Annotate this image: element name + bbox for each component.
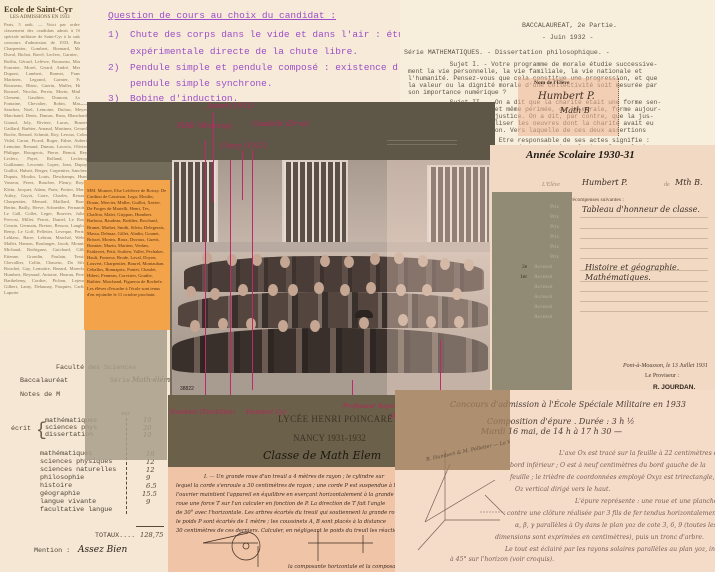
question-item-number: 1) [108,29,119,40]
face [202,252,212,264]
oral-subject: langue vivante [40,498,96,506]
physics-problem-sheet: I. — Un grande roue d'un treuil a 4 mètr… [168,467,400,572]
annotation-top: PIRE (Melecuy) [177,122,233,130]
oral-grade: 6.5 [146,482,157,490]
accessit-label: Accessit [534,314,553,320]
concours-line: α, β, γ parallèles à Oy dans le plan yoz… [515,522,715,529]
bac-series: Série MATHEMATIQUES. - Dissertation phil… [404,49,610,56]
rule [580,258,708,259]
rule [580,248,708,249]
face [246,318,256,330]
face [370,253,380,265]
student-class-handwritten: Math B [560,106,590,115]
face [359,317,369,329]
annotation-bottom: Humbert (Tourbillon) [170,409,235,416]
annotation-top: Gaudelle (Dr-ai) [252,120,309,128]
face [238,284,248,296]
caption-school: LYCÉE HENRI POINCARÉ [278,414,393,424]
face [268,284,278,296]
face [310,320,320,332]
prix-label: Prix [550,254,559,260]
question-item-text: pendule simple synchrone. [130,78,273,89]
grey-overlay-panel [85,330,167,460]
concours-line: contre une clôture réalisée par 3 fils d… [507,510,715,517]
rule [580,228,708,229]
building-window [282,160,348,246]
face [218,318,228,330]
question-item-text: Pendule simple et pendule composé : exis… [130,62,410,73]
concours-line: feuille ; le trièdre de coordonnées empl… [510,474,715,481]
photographer-stamp: R. Humbert & M. Pelletier — Le Vallée Ma… [426,433,510,463]
oral-subject: facultative langue [40,506,112,514]
annotation-line [205,140,206,400]
oral-grade: 15.5 [142,490,157,498]
student-name: Humbert P. [582,178,627,187]
face [278,320,288,332]
prix-label: Prix [550,214,559,220]
rule [580,301,708,302]
accessit-rank: 2e [522,264,527,270]
signatory-title: Le Proviseur : [645,373,679,379]
accessit-label: Accessit [534,304,553,310]
name-label: Nom de l'Elève [534,80,569,86]
annotation-top: Javert (1912) [207,102,254,110]
embossed-stamp [387,140,457,145]
accessit-label: Accessit [534,264,553,270]
notes-of-label: Notes de M [20,391,60,399]
total-value: 128,75 [140,531,163,539]
caption-handwritten: Classe de Math Elem [263,449,381,462]
school-year: Année Scolaire 1930-31 [526,149,635,161]
concours-line: dimensions sont exprimées en centimètres… [495,534,704,541]
rule [580,217,708,218]
caption-city-year: NANCY 1931-1932 [293,433,366,443]
face [280,256,290,268]
question-heading: Question de cours au choix du candidat : [108,10,336,21]
face [320,255,330,267]
concours-line: Oz vertical dirigé vers le haut. [515,486,610,493]
bac-title: BACCALAUREAT, 2e Partie. [522,22,617,29]
face [288,284,298,296]
place-date: Pont-à-Mousson, le 13 Juillet 1931 [623,363,708,369]
rule [580,311,708,312]
problem-line: la composante horizontale et la composan… [288,564,400,570]
concours-line: bord inférieur ; O est à neuf centimètre… [510,462,706,469]
accessit-label: Accessit [534,274,553,280]
bac-date: - Juin 1932 - [542,34,593,41]
problem-line: l'ouvrier maintient l'appareil en équili… [176,492,394,498]
exam-question-sheet: Question de cours au choix du candidat :… [80,0,410,104]
exam-name: Baccalauréat [20,377,68,385]
class-prefix: de [664,182,670,188]
building-window [172,160,218,244]
student-label: L'Elève [542,182,560,188]
annotation-line [213,112,214,202]
face [186,286,196,298]
rule [580,238,708,239]
face [252,254,262,266]
oral-subject: histoire [40,482,72,490]
question-item-text: expérimentale directe de la chute libre. [130,46,358,57]
total-label: TOTAUX.... [95,532,135,540]
problem-line: roue une force T sur l'un calculer en fo… [176,501,385,507]
student-name-handwritten: Humbert P. [538,91,595,102]
orange-clipping-body: MM. Monnet, Else Lefebvre de Boissy. De … [84,180,170,306]
oral-grade: 12 [146,466,155,474]
annotation-line [230,160,231,405]
face [340,284,350,296]
prix-label: Prix [550,204,559,210]
question-item-text: Chute des corps dans le vide et dans l'a… [130,29,410,40]
problem-line: le poids P sont écartés de 1 mètre ; les… [176,519,386,525]
accessit-label: Accessit [534,284,553,290]
student-name-label-card: Nom de l'Elève Humbert P. Math B [518,78,619,136]
accessit-label: Accessit [534,294,553,300]
photo-number: 38822 [180,386,194,392]
mention-label: Mention : [34,547,70,555]
orange-newspaper-clipping: MM. Monnet, Else Lefebvre de Boissy. De … [84,180,170,330]
overlap-tint [387,160,490,395]
class-photograph: 38822 [172,160,490,395]
photo-mount-top-band: Javert (1912) PIRE (Melecuy) Chery (1912… [87,102,495,162]
rule [580,270,708,271]
prix-label: Prix [550,224,559,230]
concours-line: L'épure représente : une roue et une pla… [575,498,715,505]
accessit-rank: 1er [520,274,527,280]
oral-grade: 9 [146,498,150,506]
problem-line: de 30° avec l'horizontale. Les arbres éc… [176,510,400,516]
photo-caption-mount: Humbert (Tourbillon) Humbert Cyr Profess… [168,395,398,467]
oral-subject: sciences naturelles [40,466,116,474]
ecrit-label: écrit [11,425,31,433]
concours-line: Le tout est éclairé par les rayons solai… [505,546,715,553]
face [314,282,324,294]
brown-overlay-panel: R. Humbert & M. Pelletier — Le Vallée Ma… [395,390,510,470]
clipping-body: Paris, 5 août. — Voici par ordre de clas… [0,20,92,298]
problem-line: I. — Un grande roue d'un treuil a 4 mètr… [204,474,384,480]
student-class: Mth B. [675,178,703,187]
annotation-bottom: Professeur Rayon [343,403,397,410]
face [190,320,200,332]
rule [580,291,708,292]
annotation-top: Chery (1912) [220,142,267,150]
annotation-line [252,150,253,390]
clipping-title: Ecole de Saint-Cyr [4,4,92,14]
prix-entry: Tableau d'honneur de classe. [582,205,700,214]
prix-label: Prix [550,234,559,240]
problem-line: lequel la corde s'enroule a 30 centimètr… [176,483,400,489]
oral-subject: philosophie [40,474,84,482]
annotation-line [242,150,243,200]
oral-subject: géographie [40,490,80,498]
face [227,254,237,266]
award-grey-column: Prix Prix Prix Prix Prix Prix 2e Accessi… [492,192,572,392]
prix-label: Prix [550,244,559,250]
mention-value: Assez Bien [78,545,127,555]
rule [580,281,708,282]
question-item-number: 2) [108,62,119,73]
total-rule [136,526,164,527]
face [344,256,354,268]
oral-grade: 9 [146,474,150,482]
face [210,288,220,300]
face [366,282,376,294]
concours-line: L'axe Ox est tracé sur la feuille à 22 c… [559,450,715,457]
